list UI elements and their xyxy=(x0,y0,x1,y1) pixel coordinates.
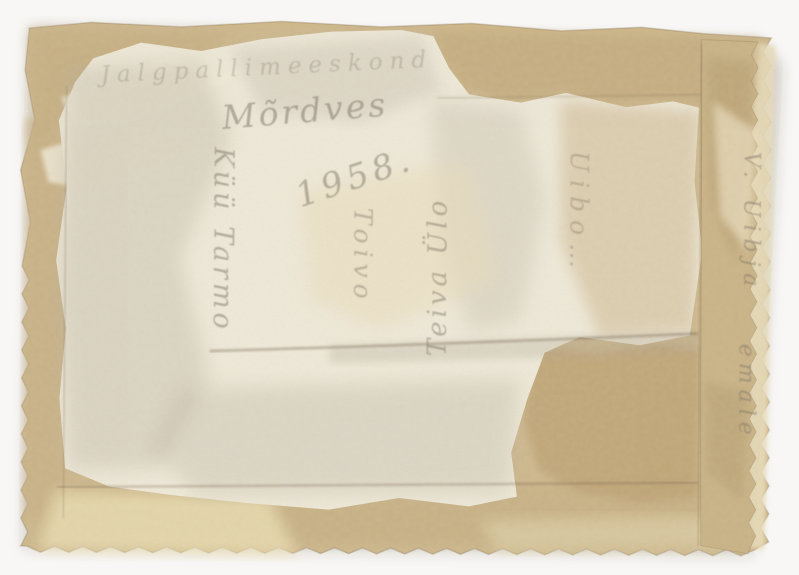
pencil-name-center: Toivo xyxy=(348,208,378,305)
pencil-margin-upper: V. Uibja xyxy=(738,152,764,294)
photo-back-scan: Jalgpallimeeskond Mõrdves 1958. Küü Tarm… xyxy=(0,0,799,575)
scan-canvas: Jalgpallimeeskond Mõrdves 1958. Küü Tarm… xyxy=(0,0,799,575)
pencil-margin-lower: emale xyxy=(733,344,759,441)
pencil-name-right: Teiva Ülo xyxy=(421,197,454,357)
pencil-name-left: Küü Tarmo xyxy=(207,146,239,333)
pencil-name-faint: Uibo… xyxy=(564,151,594,276)
